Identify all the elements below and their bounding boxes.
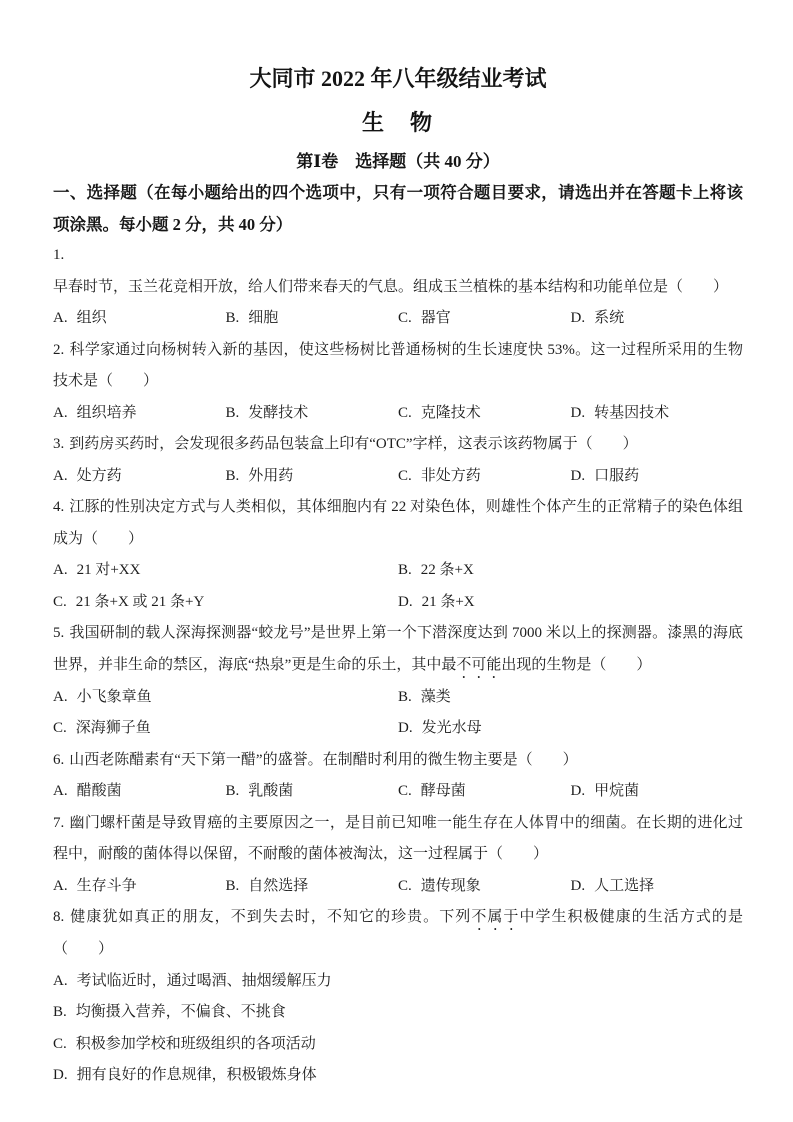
options-row: A.处方药 B.外用药 C.非处方药 D.口服药 bbox=[53, 461, 743, 493]
option-text: 21 条+X bbox=[422, 594, 475, 610]
option-text: 外用药 bbox=[248, 468, 293, 484]
option-label: C. bbox=[398, 468, 412, 484]
option-label: A. bbox=[53, 468, 68, 484]
option-label: C. bbox=[398, 878, 412, 894]
option-text: 人工选择 bbox=[594, 878, 654, 894]
option-text: 遗传现象 bbox=[421, 878, 481, 894]
question-number: 1. bbox=[53, 247, 64, 263]
option-label: D. bbox=[571, 878, 586, 894]
option-text: 拥有良好的作息规律，积极锻炼身体 bbox=[77, 1067, 317, 1083]
option-label: B. bbox=[226, 310, 240, 326]
option-text: 生存斗争 bbox=[77, 878, 137, 894]
option-text: 组织 bbox=[77, 310, 107, 326]
question-stem-text: 出现的生物是（ ） bbox=[501, 657, 651, 673]
option-text: 21 对+XX bbox=[77, 562, 141, 578]
question-stem: 3.到药房买药时，会发现很多药品包装盒上印有“OTC”字样，这表示该药物属于（ … bbox=[53, 429, 743, 461]
question-number: 5. bbox=[53, 625, 64, 641]
option-label: B. bbox=[398, 689, 412, 705]
question-number: 8. bbox=[53, 909, 64, 925]
option-c: C.酵母菌 bbox=[398, 776, 571, 808]
question-stem: 8.健康犹如真正的朋友，不到失去时，不知它的珍贵。下列不属于中学生积极健康的生活… bbox=[53, 902, 743, 966]
options-row: A.醋酸菌 B.乳酸菌 C.酵母菌 D.甲烷菌 bbox=[53, 776, 743, 808]
options-row: A.21 对+XX B.22 条+X C.21 条+X 或 21 条+Y D.2… bbox=[53, 555, 743, 618]
option-label: A. bbox=[53, 405, 68, 421]
option-text: 克隆技术 bbox=[421, 405, 481, 421]
option-a: A.生存斗争 bbox=[53, 871, 226, 903]
options-row: A.组织培养 B.发酵技术 C.克隆技术 D.转基因技术 bbox=[53, 398, 743, 430]
option-b: B.藻类 bbox=[398, 682, 743, 714]
option-text: 考试临近时，通过喝酒、抽烟缓解压力 bbox=[77, 973, 332, 989]
option-d: D.口服药 bbox=[571, 461, 744, 493]
option-label: A. bbox=[53, 973, 68, 989]
option-d: D.21 条+X bbox=[398, 587, 743, 619]
option-label: D. bbox=[571, 783, 586, 799]
option-text: 21 条+X 或 21 条+Y bbox=[76, 594, 205, 610]
option-text: 非处方药 bbox=[421, 468, 481, 484]
option-b: B.22 条+X bbox=[398, 555, 743, 587]
question-8: 8.健康犹如真正的朋友，不到失去时，不知它的珍贵。下列不属于中学生积极健康的生活… bbox=[53, 902, 743, 1092]
section-heading: 第Ⅰ卷 选择题（共 40 分） bbox=[53, 149, 743, 174]
option-a: A.21 对+XX bbox=[53, 555, 398, 587]
question-stem-text: 科学家通过向杨树转入新的基因，使这些杨树比普通杨树的生长速度快 53%。这一过程… bbox=[53, 342, 743, 390]
option-c: C.深海狮子鱼 bbox=[53, 713, 398, 745]
option-text: 小飞象章鱼 bbox=[77, 689, 152, 705]
option-label: C. bbox=[53, 720, 67, 736]
option-text: 乳酸菌 bbox=[248, 783, 293, 799]
option-text: 甲烷菌 bbox=[594, 783, 639, 799]
option-text: 转基因技术 bbox=[594, 405, 669, 421]
option-text: 发光水母 bbox=[422, 720, 482, 736]
option-label: C. bbox=[398, 783, 412, 799]
option-text: 系统 bbox=[594, 310, 624, 326]
option-a: A.处方药 bbox=[53, 461, 226, 493]
option-label: B. bbox=[53, 1004, 67, 1020]
exam-title: 大同市 2022 年八年级结业考试 bbox=[53, 62, 743, 96]
question-stem-text: 山西老陈醋素有“天下第一醋”的盛誉。在制醋时利用的微生物主要是（ ） bbox=[69, 752, 577, 768]
option-a: A.组织培养 bbox=[53, 398, 226, 430]
option-a: A.醋酸菌 bbox=[53, 776, 226, 808]
option-b: B.细胞 bbox=[226, 303, 399, 335]
option-label: A. bbox=[53, 310, 68, 326]
question-stem-text: 到药房买药时，会发现很多药品包装盒上印有“OTC”字样，这表示该药物属于（ ） bbox=[69, 436, 637, 452]
option-text: 自然选择 bbox=[248, 878, 308, 894]
question-1: 1.早春时节，玉兰花竞相开放，给人们带来春天的气息。组成玉兰植株的基本结构和功能… bbox=[53, 240, 743, 335]
exam-subject: 生 物 bbox=[53, 106, 743, 140]
question-stem: 6.山西老陈醋素有“天下第一醋”的盛誉。在制醋时利用的微生物主要是（ ） bbox=[53, 745, 743, 777]
question-4: 4.江豚的性别决定方式与人类相似，其体细胞内有 22 对染色体，则雄性个体产生的… bbox=[53, 492, 743, 618]
option-label: B. bbox=[398, 562, 412, 578]
option-text: 22 条+X bbox=[421, 562, 474, 578]
question-stem: 5.我国研制的载人深海探测器“蛟龙号”是世界上第一个下潜深度达到 7000 米以… bbox=[53, 618, 743, 682]
option-d: D.转基因技术 bbox=[571, 398, 744, 430]
option-text: 积极参加学校和班级组织的各项活动 bbox=[76, 1036, 316, 1052]
option-b: B.发酵技术 bbox=[226, 398, 399, 430]
option-label: C. bbox=[53, 1036, 67, 1052]
option-b: B.均衡摄入营养，不偏食、不挑食 bbox=[53, 997, 743, 1029]
option-label: B. bbox=[226, 878, 240, 894]
option-text: 口服药 bbox=[594, 468, 639, 484]
option-label: C. bbox=[398, 405, 412, 421]
question-5: 5.我国研制的载人深海探测器“蛟龙号”是世界上第一个下潜深度达到 7000 米以… bbox=[53, 618, 743, 745]
option-label: B. bbox=[226, 405, 240, 421]
option-b: B.乳酸菌 bbox=[226, 776, 399, 808]
options-row: A.小飞象章鱼 B.藻类 C.深海狮子鱼 D.发光水母 bbox=[53, 682, 743, 745]
question-stem: 1.早春时节，玉兰花竞相开放，给人们带来春天的气息。组成玉兰植株的基本结构和功能… bbox=[53, 240, 743, 303]
option-d: D.人工选择 bbox=[571, 871, 744, 903]
question-stem-text: 江豚的性别决定方式与人类相似，其体细胞内有 22 对染色体，则雄性个体产生的正常… bbox=[53, 499, 743, 547]
exam-page: 大同市 2022 年八年级结业考试 生 物 第Ⅰ卷 选择题（共 40 分） 一、… bbox=[0, 0, 793, 1122]
option-label: A. bbox=[53, 562, 68, 578]
option-c: C.21 条+X 或 21 条+Y bbox=[53, 587, 398, 619]
question-stem-text: 健康犹如真正的朋友，不到失去时，不知它的珍贵。下列 bbox=[69, 909, 471, 925]
option-label: D. bbox=[398, 720, 413, 736]
option-label: D. bbox=[53, 1067, 68, 1083]
option-d: D.拥有良好的作息规律，积极锻炼身体 bbox=[53, 1060, 743, 1092]
question-stem: 4.江豚的性别决定方式与人类相似，其体细胞内有 22 对染色体，则雄性个体产生的… bbox=[53, 492, 743, 555]
options-row: A.生存斗争 B.自然选择 C.遗传现象 D.人工选择 bbox=[53, 871, 743, 903]
question-number: 2. bbox=[53, 342, 64, 358]
section-instructions: 一、选择题（在每小题给出的四个选项中，只有一项符合题目要求，请选出并在答题卡上将… bbox=[53, 177, 743, 240]
options-row: A.组织 B.细胞 C.器官 D.系统 bbox=[53, 303, 743, 335]
option-text: 均衡摄入营养，不偏食、不挑食 bbox=[76, 1004, 286, 1020]
option-label: D. bbox=[571, 405, 586, 421]
option-label: C. bbox=[398, 310, 412, 326]
question-number: 6. bbox=[53, 752, 64, 768]
question-stem-text: 幽门螺杆菌是导致胃癌的主要原因之一，是目前已知唯一能生存在人体胃中的细菌。在长期… bbox=[53, 815, 743, 863]
option-b: B.自然选择 bbox=[226, 871, 399, 903]
option-label: A. bbox=[53, 783, 68, 799]
option-label: C. bbox=[53, 594, 67, 610]
option-label: A. bbox=[53, 689, 68, 705]
question-stem-text: 早春时节，玉兰花竞相开放，给人们带来春天的气息。组成玉兰植株的基本结构和功能单位… bbox=[53, 279, 728, 295]
option-a: A.小飞象章鱼 bbox=[53, 682, 398, 714]
option-c: C.器官 bbox=[398, 303, 571, 335]
option-a: A.组织 bbox=[53, 303, 226, 335]
question-stem-emphasis: 不属于 bbox=[471, 909, 519, 925]
question-number: 3. bbox=[53, 436, 64, 452]
question-stem-emphasis: 不可能 bbox=[456, 657, 501, 673]
option-label: D. bbox=[571, 468, 586, 484]
question-2: 2.科学家通过向杨树转入新的基因，使这些杨树比普通杨树的生长速度快 53%。这一… bbox=[53, 335, 743, 430]
question-3: 3.到药房买药时，会发现很多药品包装盒上印有“OTC”字样，这表示该药物属于（ … bbox=[53, 429, 743, 492]
question-number: 7. bbox=[53, 815, 64, 831]
option-c: C.克隆技术 bbox=[398, 398, 571, 430]
option-label: D. bbox=[571, 310, 586, 326]
option-d: D.发光水母 bbox=[398, 713, 743, 745]
question-6: 6.山西老陈醋素有“天下第一醋”的盛誉。在制醋时利用的微生物主要是（ ） A.醋… bbox=[53, 745, 743, 808]
option-c: C.积极参加学校和班级组织的各项活动 bbox=[53, 1029, 743, 1061]
question-stem: 2.科学家通过向杨树转入新的基因，使这些杨树比普通杨树的生长速度快 53%。这一… bbox=[53, 335, 743, 398]
option-text: 藻类 bbox=[421, 689, 451, 705]
option-text: 细胞 bbox=[248, 310, 278, 326]
option-text: 酵母菌 bbox=[421, 783, 466, 799]
option-label: B. bbox=[226, 783, 240, 799]
option-c: C.非处方药 bbox=[398, 461, 571, 493]
option-b: B.外用药 bbox=[226, 461, 399, 493]
option-text: 器官 bbox=[421, 310, 451, 326]
question-stem: 7.幽门螺杆菌是导致胃癌的主要原因之一，是目前已知唯一能生存在人体胃中的细菌。在… bbox=[53, 808, 743, 871]
option-text: 深海狮子鱼 bbox=[76, 720, 151, 736]
option-label: B. bbox=[226, 468, 240, 484]
option-text: 发酵技术 bbox=[248, 405, 308, 421]
option-text: 组织培养 bbox=[77, 405, 137, 421]
option-a: A.考试临近时，通过喝酒、抽烟缓解压力 bbox=[53, 966, 743, 998]
option-text: 处方药 bbox=[77, 468, 122, 484]
option-label: D. bbox=[398, 594, 413, 610]
options-list: A.考试临近时，通过喝酒、抽烟缓解压力 B.均衡摄入营养，不偏食、不挑食 C.积… bbox=[53, 966, 743, 1092]
option-text: 醋酸菌 bbox=[77, 783, 122, 799]
option-label: A. bbox=[53, 878, 68, 894]
option-d: D.甲烷菌 bbox=[571, 776, 744, 808]
option-d: D.系统 bbox=[571, 303, 744, 335]
option-c: C.遗传现象 bbox=[398, 871, 571, 903]
question-7: 7.幽门螺杆菌是导致胃癌的主要原因之一，是目前已知唯一能生存在人体胃中的细菌。在… bbox=[53, 808, 743, 903]
question-number: 4. bbox=[53, 499, 64, 515]
